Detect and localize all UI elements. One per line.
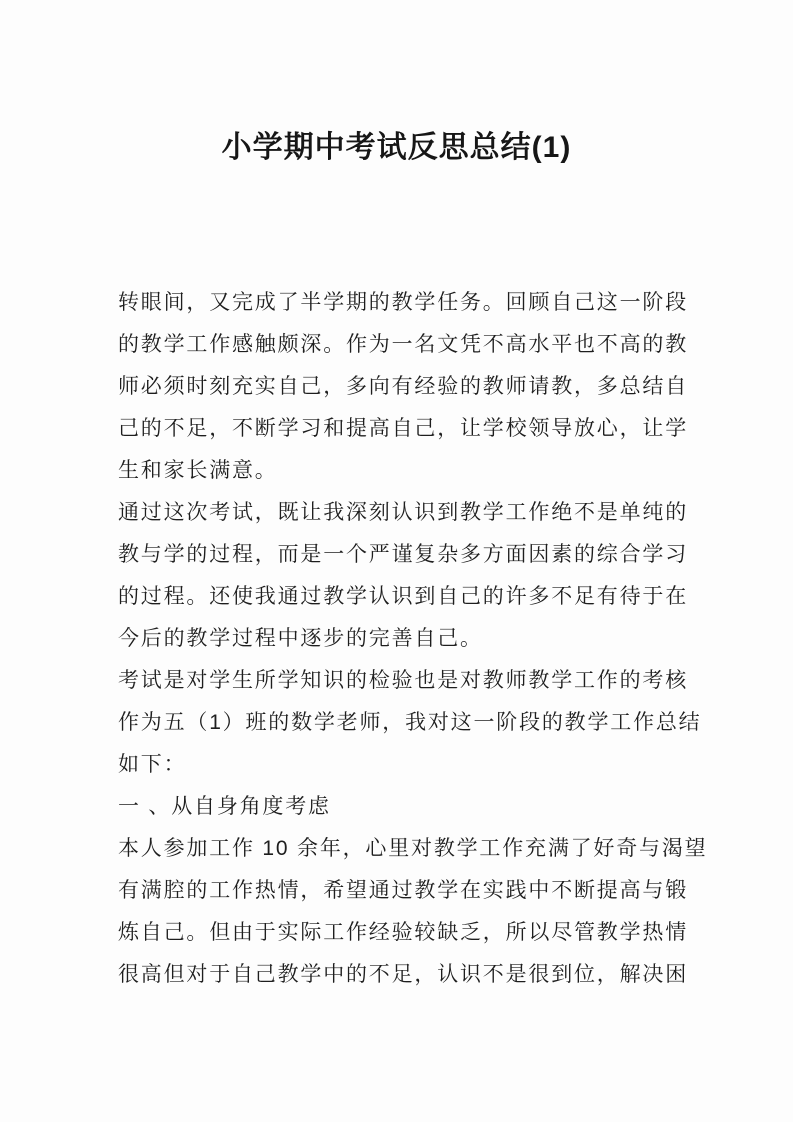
text-line: 炼自己。但由于实际工作经验较缺乏，所以尽管教学热情 bbox=[118, 912, 678, 954]
text-line: 今后的教学过程中逐步的完善自己。 bbox=[118, 618, 678, 660]
text-line: 考试是对学生所学知识的检验也是对教师教学工作的考核 bbox=[118, 660, 678, 702]
text-line: 一 、从自身角度考虑 bbox=[118, 786, 678, 828]
text-line: 的过程。还使我通过教学认识到自己的许多不足有待于在 bbox=[118, 576, 678, 618]
text-line: 师必须时刻充实自己，多向有经验的教师请教，多总结自 bbox=[118, 366, 678, 408]
text-line: 转眼间，又完成了半学期的教学任务。回顾自己这一阶段 bbox=[118, 282, 678, 324]
text-line: 本人参加工作 10 余年，心里对教学工作充满了好奇与渴望 bbox=[118, 828, 678, 870]
text-line: 己的不足，不断学习和提高自己，让学校领导放心，让学 bbox=[118, 408, 678, 450]
text-line: 很高但对于自己教学中的不足，认识不是很到位，解决困 bbox=[118, 954, 678, 996]
text-line: 如下： bbox=[118, 744, 678, 786]
text-line: 的教学工作感触颇深。作为一名文凭不高水平也不高的教 bbox=[118, 324, 678, 366]
document-body: 转眼间，又完成了半学期的教学任务。回顾自己这一阶段的教学工作感触颇深。作为一名文… bbox=[118, 282, 678, 996]
document-page: 小学期中考试反思总结(1) 转眼间，又完成了半学期的教学任务。回顾自己这一阶段的… bbox=[0, 0, 793, 1122]
text-line: 通过这次考试，既让我深刻认识到教学工作绝不是单纯的 bbox=[118, 492, 678, 534]
text-line: 有满腔的工作热情，希望通过教学在实践中不断提高与锻 bbox=[118, 870, 678, 912]
document-title: 小学期中考试反思总结(1) bbox=[0, 122, 793, 166]
text-line: 作为五（1）班的数学老师，我对这一阶段的教学工作总结 bbox=[118, 702, 678, 744]
text-line: 生和家长满意。 bbox=[118, 450, 678, 492]
text-line: 教与学的过程，而是一个严谨复杂多方面因素的综合学习 bbox=[118, 534, 678, 576]
